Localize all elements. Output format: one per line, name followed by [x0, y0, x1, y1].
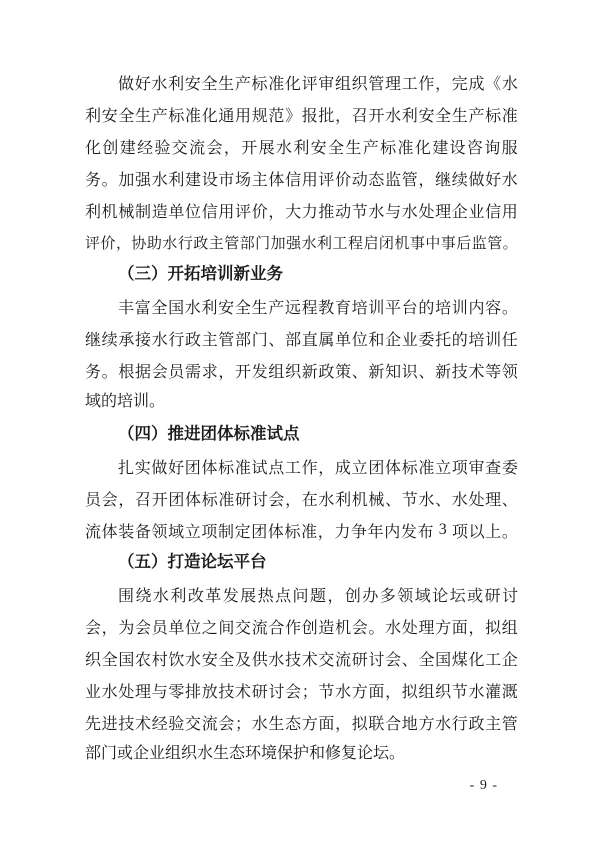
paragraph-line: 会，为会员单位之间交流合作创造机会。水处理方面，拟组: [85, 610, 518, 642]
paragraph-line: 利机械制造单位信用评价，大力推动节水与水处理企业信用: [85, 194, 518, 226]
page-number: - 9 -: [85, 770, 518, 802]
section-3-heading: （三）开拓培训新业务: [85, 258, 518, 290]
paragraph-line: 织全国农村饮水安全及供水技术交流研讨会、全国煤化工企: [85, 642, 518, 674]
document-page: 做好水利安全生产标准化评审组织管理工作，完成《水 利安全生产标准化通用规范》报批…: [0, 0, 600, 848]
paragraph-line: 评价，协助水行政主管部门加强水利工程启闭机事中事后监管。: [85, 226, 518, 258]
document-content: 做好水利安全生产标准化评审组织管理工作，完成《水 利安全生产标准化通用规范》报批…: [85, 66, 518, 802]
paragraph-line: 务。加强水利建设市场主体信用评价动态监管，继续做好水: [85, 162, 518, 194]
section-5-heading: （五）打造论坛平台: [85, 546, 518, 578]
paragraph-line: 部门或企业组织水生态环境保护和修复论坛。: [85, 738, 518, 770]
paragraph-line: 利安全生产标准化通用规范》报批，召开水利安全生产标准: [85, 98, 518, 130]
paragraph-line: 丰富全国水利安全生产远程教育培训平台的培训内容。: [85, 290, 518, 322]
paragraph-line: 化创建经验交流会，开展水利安全生产标准化建设咨询服: [85, 130, 518, 162]
section-4-heading: （四）推进团体标准试点: [85, 418, 518, 450]
paragraph-line: 做好水利安全生产标准化评审组织管理工作，完成《水: [85, 66, 518, 98]
paragraph-line: 先进技术经验交流会；水生态方面，拟联合地方水行政主管: [85, 706, 518, 738]
paragraph-line: 扎实做好团体标准试点工作，成立团体标准立项审查委: [85, 450, 518, 482]
paragraph-line: 围绕水利改革发展热点问题，创办多领域论坛或研讨: [85, 578, 518, 610]
paragraph-line: 流体装备领域立项制定团体标准，力争年内发布 3 项以上。: [85, 514, 518, 546]
paragraph-line: 继续承接水行政主管部门、部直属单位和企业委托的培训任: [85, 322, 518, 354]
paragraph-line: 业水处理与零排放技术研讨会；节水方面，拟组织节水灌溉: [85, 674, 518, 706]
paragraph-line: 域的培训。: [85, 386, 518, 418]
paragraph-line: 务。根据会员需求，开发组织新政策、新知识、新技术等领: [85, 354, 518, 386]
paragraph-line: 员会，召开团体标准研讨会，在水利机械、节水、水处理、: [85, 482, 518, 514]
